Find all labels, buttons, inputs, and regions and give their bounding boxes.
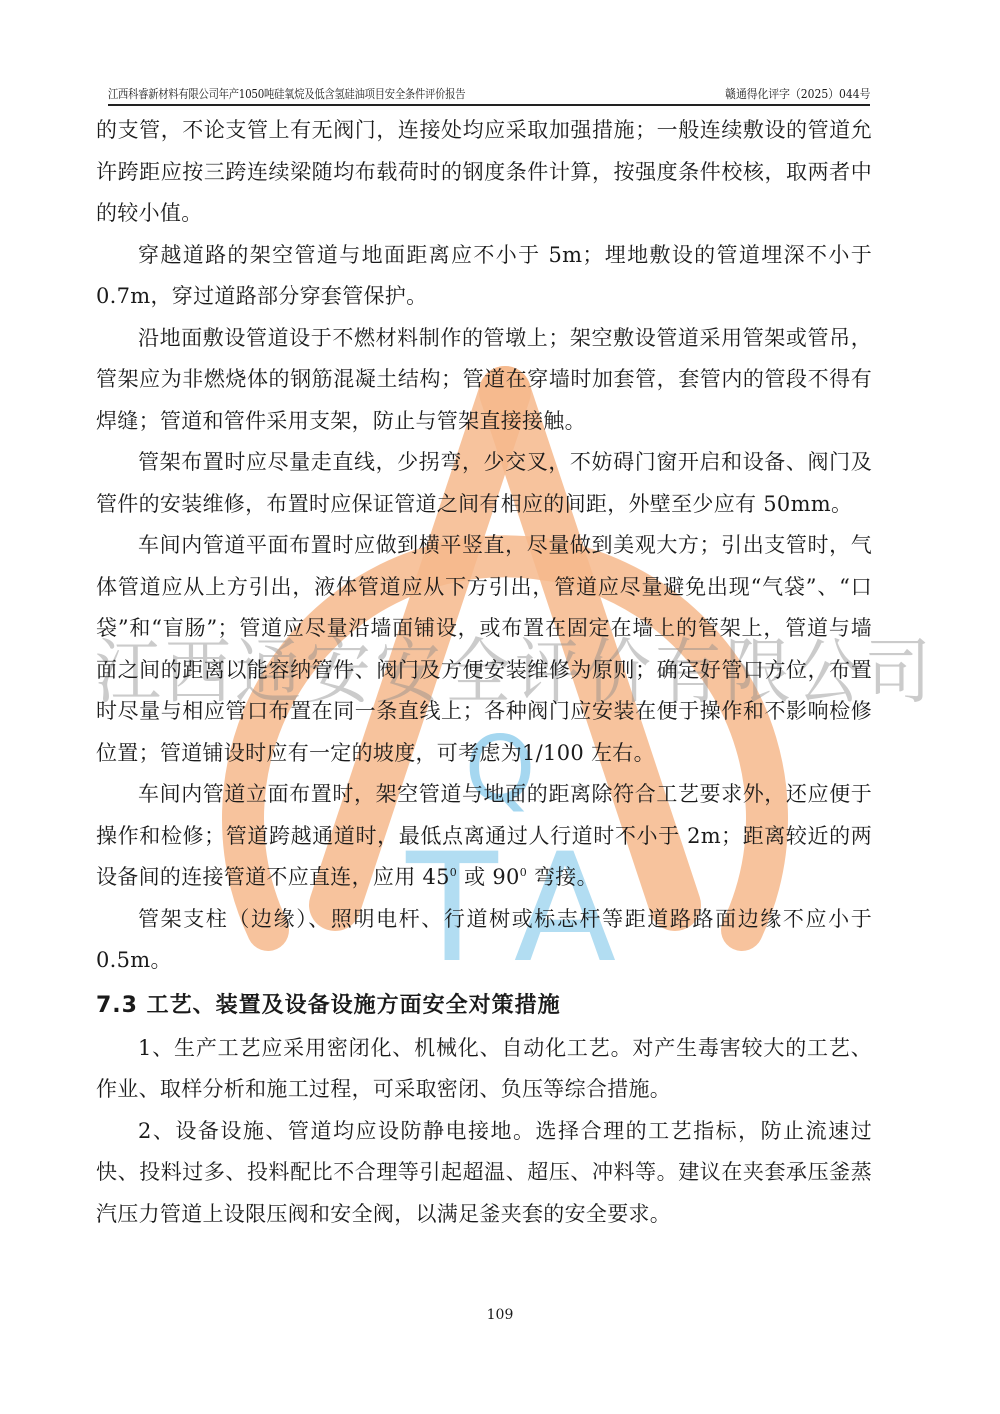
section-heading: 7.3 工艺、装置及设备设施方面安全对策措施: [96, 984, 872, 1028]
paragraph: 管架支柱（边缘）、照明电杆、行道树或标志杆等距道路路面边缘不应小于 0.5m。: [96, 899, 872, 982]
running-header: 江西科睿新材料有限公司年产1050吨硅氧烷及低含氢硅油项目安全条件评价报告 赣通…: [108, 82, 870, 106]
paragraph: 管架布置时应尽量走直线，少拐弯，少交叉，不妨碍门窗开启和设备、阀门及管件的安装维…: [96, 442, 872, 525]
report-number: 赣通得化评字（2025）044号: [725, 85, 870, 102]
document-page: Q T A 江西通安安全评价有限公司 江西科睿新材料有限公司年产1050吨硅氧烷…: [0, 0, 1000, 1414]
paragraph: 车间内管道平面布置时应做到横平竖直，尽量做到美观大方；引出支管时，气体管道应从上…: [96, 525, 872, 774]
text-run: 或 90: [457, 865, 520, 889]
degree-superscript: 0: [450, 866, 457, 879]
paragraph: 2、设备设施、管道均应设防静电接地。选择合理的工艺指标，防止流速过快、投料过多、…: [96, 1111, 872, 1236]
paragraph: 车间内管道立面布置时，架空管道与地面的距离除符合工艺要求外，还应便于操作和检修；…: [96, 774, 872, 899]
paragraph: 1、生产工艺应采用密闭化、机械化、自动化工艺。对产生毒害较大的工艺、作业、取样分…: [96, 1028, 872, 1111]
page-number: 109: [0, 1307, 1000, 1323]
paragraph: 的支管，不论支管上有无阀门，连接处均应采取加强措施；一般连续敷设的管道允许跨距应…: [96, 110, 872, 235]
degree-superscript: 0: [520, 866, 527, 879]
paragraph: 沿地面敷设管道设于不燃材料制作的管墩上；架空敷设管道采用管架或管吊，管架应为非燃…: [96, 318, 872, 443]
paragraph: 穿越道路的架空管道与地面距离应不小于 5m；埋地敷设的管道埋深不小于 0.7m，…: [96, 235, 872, 318]
text-run: 弯接。: [527, 865, 598, 889]
report-title: 江西科睿新材料有限公司年产1050吨硅氧烷及低含氢硅油项目安全条件评价报告: [108, 85, 465, 102]
body-content: 的支管，不论支管上有无阀门，连接处均应采取加强措施；一般连续敷设的管道允许跨距应…: [96, 110, 872, 1235]
